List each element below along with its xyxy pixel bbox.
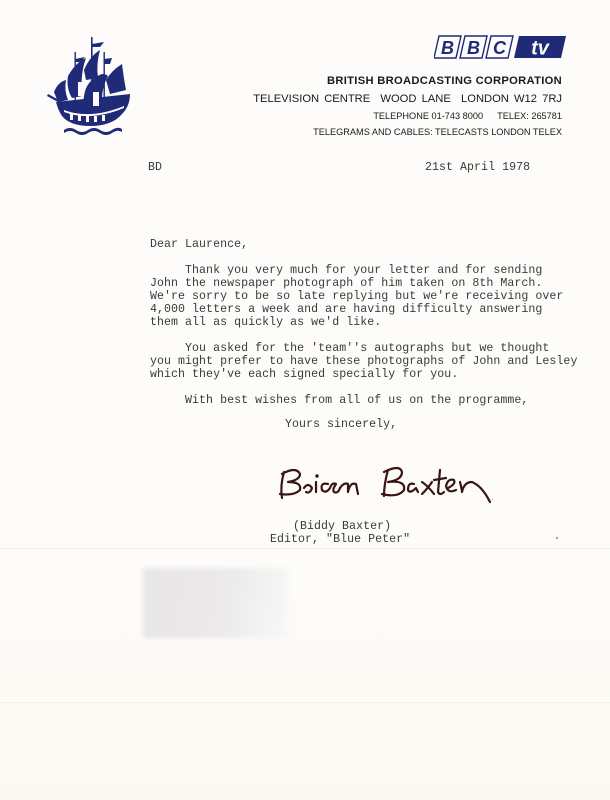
- signatory-name: (Biddy Baxter): [293, 520, 391, 533]
- organisation-address: TELEVISION CENTRE WOOD LANE LONDON W12 7…: [253, 93, 562, 105]
- paper-speck: [492, 499, 493, 500]
- closing: Yours sincerely,: [285, 418, 397, 431]
- body-line: With best wishes from all of us on the p…: [150, 394, 528, 407]
- handwritten-signature: [276, 460, 501, 508]
- salutation: Dear Laurence,: [150, 238, 248, 251]
- bbc-letter: B: [441, 38, 454, 58]
- body-line: Thank you very much for your letter and …: [150, 264, 542, 277]
- galleon-ship-icon: [46, 34, 136, 139]
- telex-number: TELEX: 265781: [497, 111, 562, 121]
- redacted-address-block: [143, 568, 288, 638]
- contact-line: TELEPHONE 01-743 8000TELEX: 265781: [373, 111, 562, 121]
- paper-fold: [0, 701, 610, 702]
- body-line: You asked for the 'team''s autographs bu…: [150, 342, 549, 355]
- organisation-name: BRITISH BROADCASTING CORPORATION: [327, 75, 562, 87]
- letter-date: 21st April 1978: [425, 161, 530, 174]
- body-line: you might prefer to have these photograp…: [150, 355, 577, 368]
- body-line: We're sorry to be so late replying but w…: [150, 290, 563, 303]
- body-line: John the newspaper photograph of him tak…: [150, 277, 542, 290]
- bbc-letter: B: [467, 38, 480, 58]
- signatory-title: Editor, "Blue Peter": [270, 533, 410, 546]
- body-line: 4,000 letters a week and are having diff…: [150, 303, 542, 316]
- bbc-tv-logo: B B C tv: [434, 35, 566, 59]
- bbc-letter: C: [493, 38, 507, 58]
- paper-fold: [0, 547, 610, 548]
- body-line: which they've each signed specially for …: [150, 368, 458, 381]
- paper-speck: [556, 537, 558, 539]
- tv-label: tv: [531, 38, 551, 60]
- reference-initials: BD: [148, 161, 162, 174]
- telephone-number: TELEPHONE 01-743 8000: [373, 111, 483, 121]
- body-line: them all as quickly as we'd like.: [150, 316, 381, 329]
- cables-address: TELEGRAMS AND CABLES: TELECASTS LONDON T…: [313, 127, 562, 137]
